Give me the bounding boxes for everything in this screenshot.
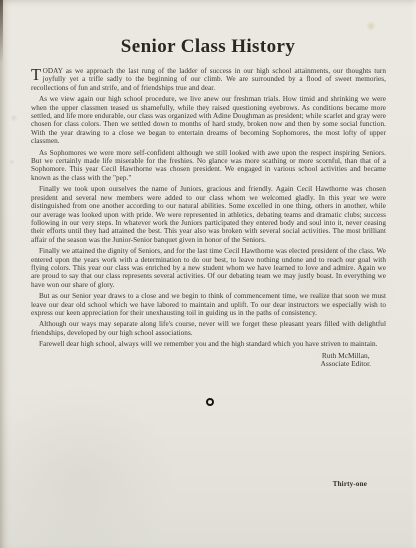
paragraph: As we view again our high school procedu… — [31, 95, 386, 145]
paragraph: Although our ways may separate along lif… — [31, 320, 386, 337]
paragraph: But as our Senior year draws to a close … — [31, 292, 386, 317]
ring-ornament-icon — [206, 398, 214, 406]
history-text-block: TODAY as we approach the last rung of th… — [0, 67, 416, 349]
paragraph: As Sophomores we were more self-confiden… — [31, 149, 386, 183]
page-title: Senior Class History — [0, 36, 416, 58]
paragraph: TODAY as we approach the last rung of th… — [31, 67, 386, 92]
paragraph: Finally we took upon ourselves the name … — [31, 185, 386, 244]
signature-block: Ruth McMillan, Associate Editor. — [0, 352, 416, 372]
paragraph: Farewell dear high school, always will w… — [31, 340, 386, 348]
scanned-yearbook-page: Senior Class History TODAY as we approac… — [0, 0, 416, 548]
page-number: Thirty-one — [333, 480, 367, 488]
signature-role: Associate Editor. — [321, 360, 372, 369]
paragraph: Finally we attained the dignity of Senio… — [31, 247, 386, 289]
